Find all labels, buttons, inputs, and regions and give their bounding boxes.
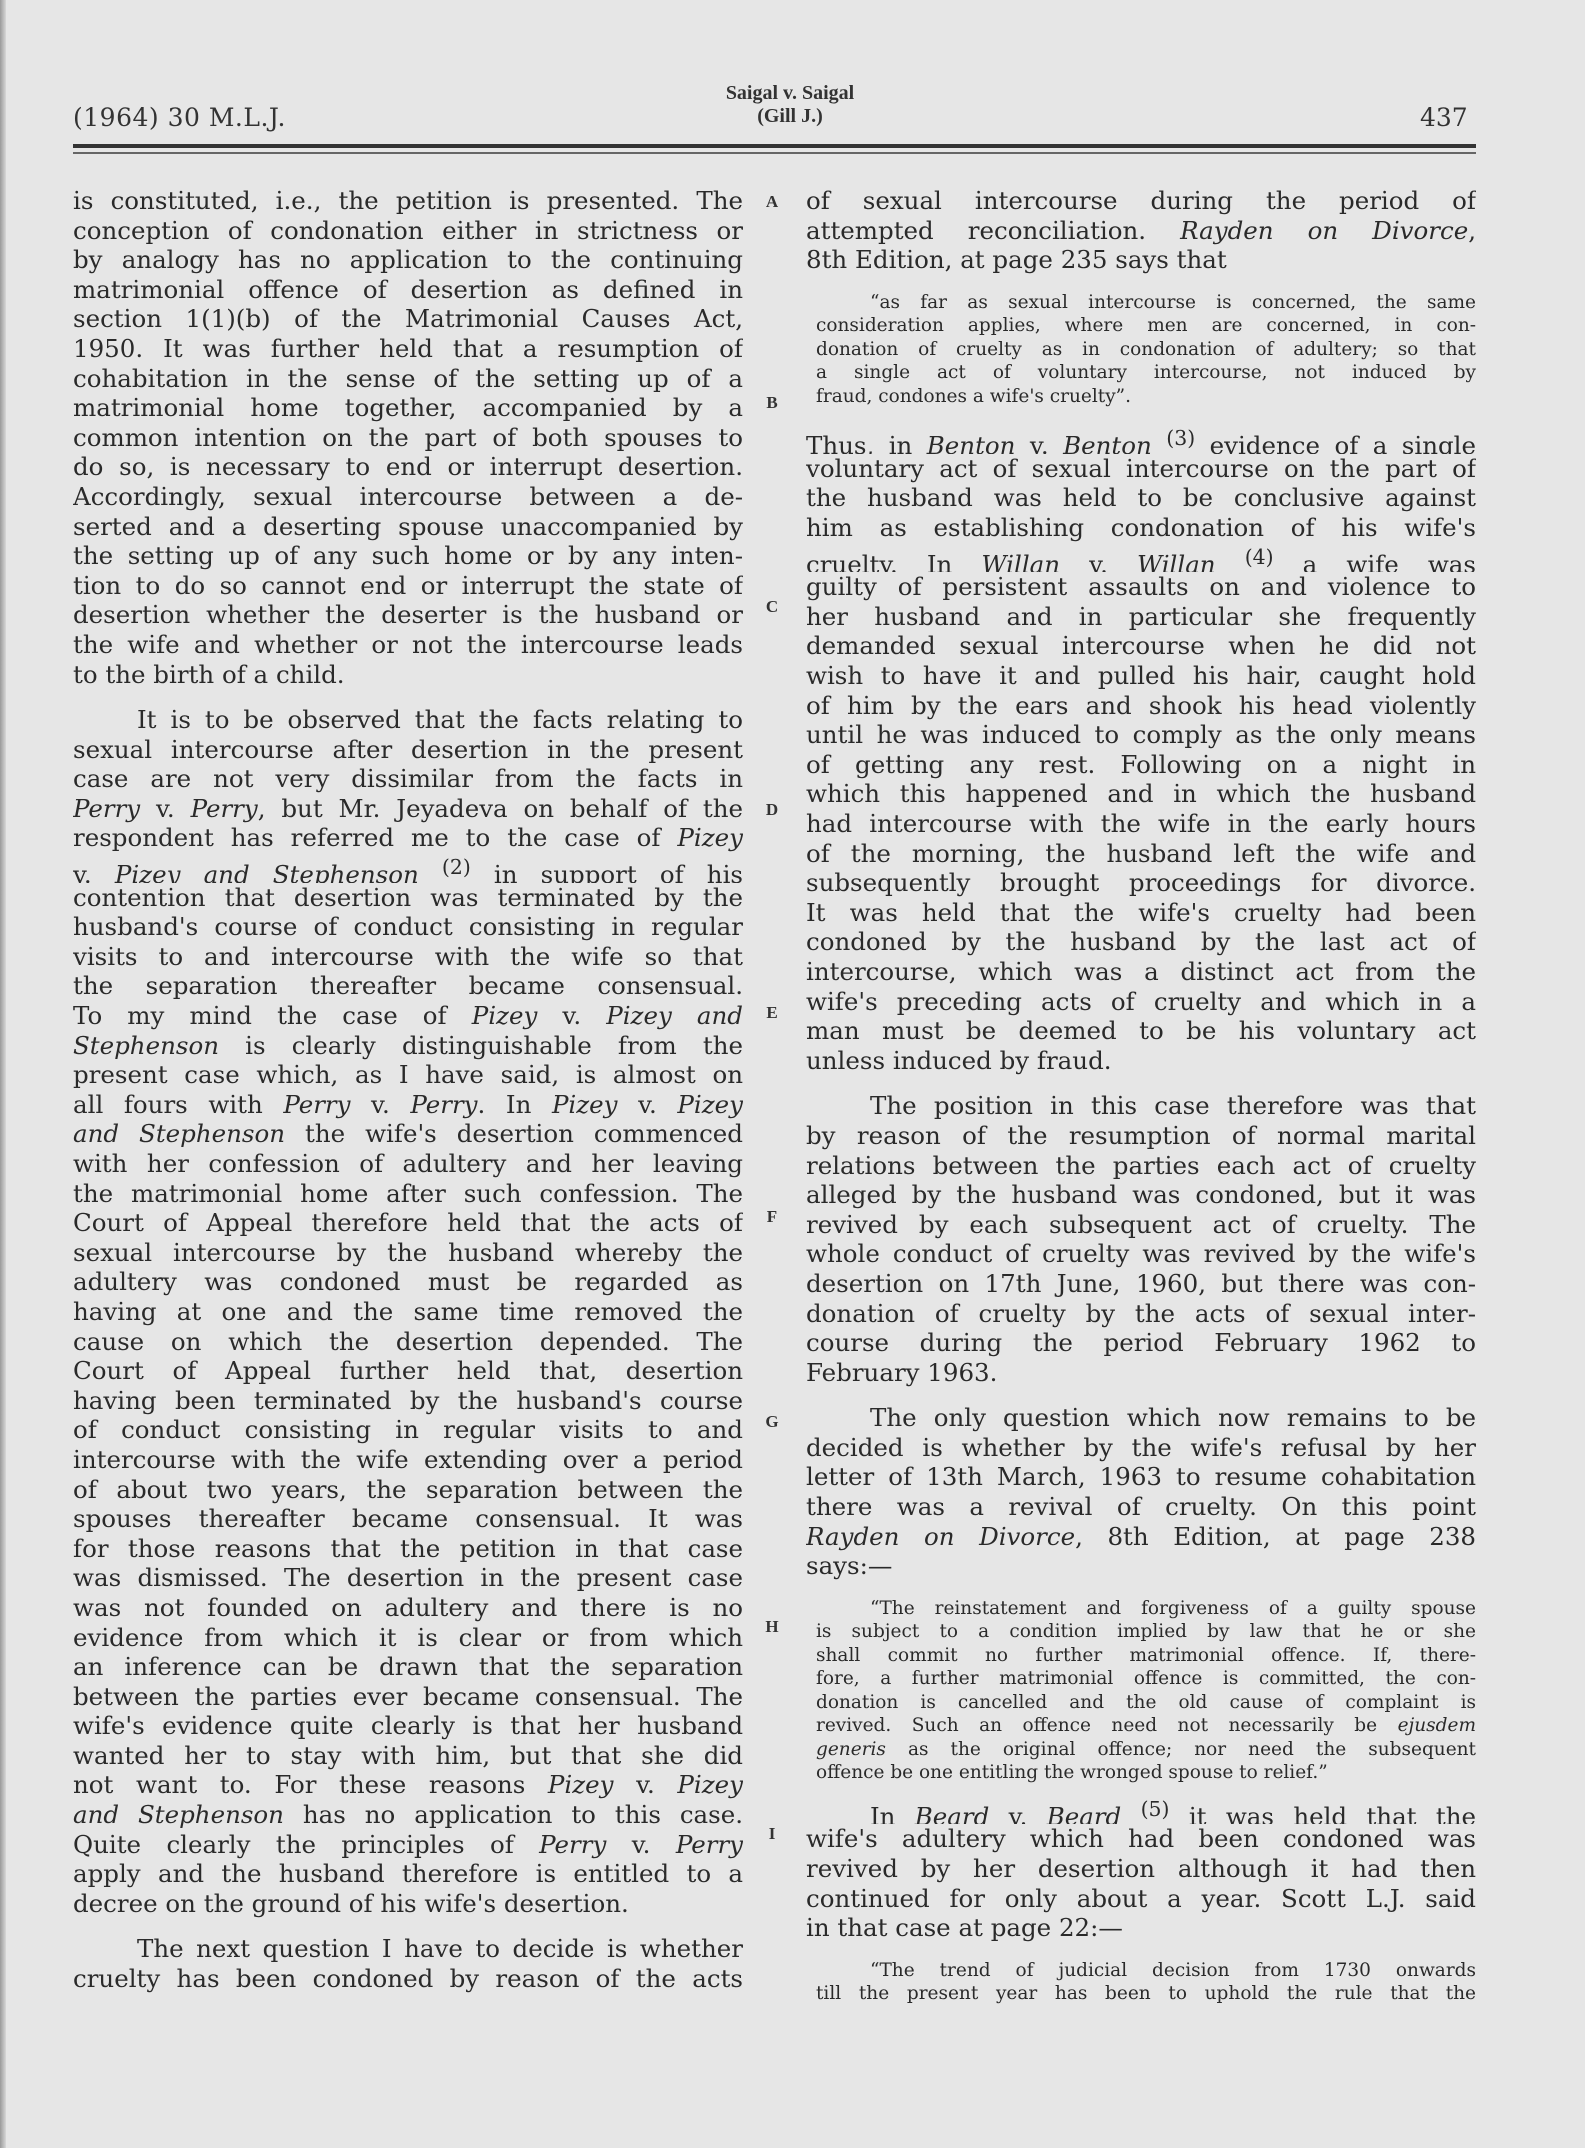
case-title-block: Saigal v. Saigal (Gill J.) <box>640 82 940 128</box>
text-line: by reason of the resumption of normal ma… <box>806 1121 1476 1151</box>
text-line: is constituted, i.e., the petition is pr… <box>73 186 743 216</box>
text-line: not want to. For these reasons Pizey v. … <box>73 1770 743 1800</box>
quote-line: consideration applies, where men are con… <box>806 314 1476 338</box>
block-quote: “The reinstatement and forgiveness of a … <box>806 1597 1476 1785</box>
text-line: letter of 13th March, 1963 to resume coh… <box>806 1462 1476 1492</box>
text-line: Court of Appeal further held that, deser… <box>73 1356 743 1386</box>
text-line: common intention on the part of both spo… <box>73 423 743 453</box>
quote-line: “The trend of judicial decision from 173… <box>806 1959 1476 1983</box>
text-line: respondent has referred me to the case o… <box>73 823 743 853</box>
paragraph-gap <box>806 1387 1476 1403</box>
quote-line: donation of cruelty as in condonation of… <box>806 338 1476 362</box>
left-column: is constituted, i.e., the petition is pr… <box>73 186 743 1994</box>
text-line: with her confession of adultery and her … <box>73 1149 743 1179</box>
text-line: Rayden on Divorce, 8th Edition, at page … <box>806 1522 1476 1552</box>
text-line: cruelty. In Willan v. Willan (4) a wife … <box>806 543 1476 573</box>
text-line: and Stephenson has no application to thi… <box>73 1800 743 1830</box>
text-line: matrimonial offence of desertion as defi… <box>73 275 743 305</box>
text-line: 8th Edition, at page 235 says that <box>806 245 1476 275</box>
paragraph: The next question I have to decide is wh… <box>73 1934 743 1993</box>
page-number: 437 <box>1420 103 1468 132</box>
text-line: The position in this case therefore was … <box>806 1091 1476 1121</box>
quote-line: “The reinstatement and forgiveness of a … <box>806 1597 1476 1621</box>
text-line: her husband and in particular she freque… <box>806 602 1476 632</box>
text-line: to the birth of a child. <box>73 660 743 690</box>
text-line: demanded sexual intercourse when he did … <box>806 631 1476 661</box>
text-line: had intercourse with the wife in the ear… <box>806 809 1476 839</box>
margin-letter-f: F <box>762 1207 782 1227</box>
quote-line: a single act of voluntary intercourse, n… <box>806 361 1476 385</box>
paragraph: The only question which now remains to b… <box>806 1403 1476 1581</box>
margin-letter-d: D <box>762 800 782 820</box>
text-line: decree on the ground of his wife's deser… <box>73 1889 743 1919</box>
text-line: desertion whether the deserter is the hu… <box>73 600 743 630</box>
text-line: unless induced by fraud. <box>806 1046 1476 1076</box>
text-line: and Stephenson the wife's desertion comm… <box>73 1119 743 1149</box>
text-line: It is to be observed that the facts rela… <box>73 705 743 735</box>
paragraph: The position in this case therefore was … <box>806 1091 1476 1387</box>
text-line: wanted her to stay with him, but that sh… <box>73 1741 743 1771</box>
margin-letter-a: A <box>762 192 782 212</box>
quote-line: fraud, condones a wife's cruelty”. <box>806 385 1476 409</box>
text-line: visits to and intercourse with the wife … <box>73 942 743 972</box>
text-line: cohabitation in the sense of the setting… <box>73 364 743 394</box>
text-line: Perry v. Perry, but Mr. Jeyadeva on beha… <box>73 794 743 824</box>
text-line: says:— <box>806 1551 1476 1581</box>
paragraph-gap <box>806 1075 1476 1091</box>
quote-line: till the present year has been to uphold… <box>806 1982 1476 2006</box>
text-line: an inference can be drawn that the separ… <box>73 1652 743 1682</box>
header-rule-thick <box>73 144 1476 148</box>
text-line: donation of cruelty by the acts of sexua… <box>806 1299 1476 1329</box>
page-binding-edge <box>0 0 6 2148</box>
text-line: guilty of persistent assaults on and vio… <box>806 572 1476 602</box>
text-line: was dismissed. The desertion in the pres… <box>73 1563 743 1593</box>
quote-line: offence be one entitling the wronged spo… <box>806 1761 1476 1785</box>
text-line: of getting any rest. Following on a nigh… <box>806 750 1476 780</box>
text-line: until he was induced to comply as the on… <box>806 720 1476 750</box>
text-line: the husband was held to be conclusive ag… <box>806 483 1476 513</box>
margin-letter-b: B <box>762 393 782 413</box>
text-line: which this happened and in which the hus… <box>806 779 1476 809</box>
text-line: revived by her desertion although it had… <box>806 1854 1476 1884</box>
report-citation: (1964) 30 M.L.J. <box>73 103 286 132</box>
right-column: of sexual intercourse during the period … <box>806 186 1476 2006</box>
text-line: contention that desertion was terminated… <box>73 883 743 913</box>
text-line: in that case at page 22:— <box>806 1913 1476 1943</box>
text-line: course during the period February 1962 t… <box>806 1328 1476 1358</box>
text-line: continued for only about a year. Scott L… <box>806 1884 1476 1914</box>
margin-letter-c: C <box>762 597 782 617</box>
margin-letter-e: E <box>762 1003 782 1023</box>
running-header: (1964) 30 M.L.J. Saigal v. Saigal (Gill … <box>0 0 1585 150</box>
text-line: wife's evidence quite clearly is that he… <box>73 1711 743 1741</box>
quote-line: fore, a further matrimonial offence is c… <box>806 1667 1476 1691</box>
text-line: v. Pizey and Stephenson (2) in support o… <box>73 853 743 883</box>
text-line: conception of condonation either in stri… <box>73 216 743 246</box>
text-line: was not founded on adultery and there is… <box>73 1593 743 1623</box>
text-line: between the parties ever became consensu… <box>73 1682 743 1712</box>
quote-line: “as far as sexual intercourse is concern… <box>806 291 1476 315</box>
text-line: of about two years, the separation betwe… <box>73 1475 743 1505</box>
text-line: alleged by the husband was condoned, but… <box>806 1180 1476 1210</box>
text-line: decided is whether by the wife's refusal… <box>806 1433 1476 1463</box>
paragraph-gap <box>806 1581 1476 1597</box>
text-line: cause on which the desertion depended. T… <box>73 1327 743 1357</box>
text-line: cruelty has been condoned by reason of t… <box>73 1964 743 1994</box>
text-line: serted and a deserting spouse unaccompan… <box>73 512 743 542</box>
text-line: of conduct consisting in regular visits … <box>73 1415 743 1445</box>
quote-line: revived. Such an offence need not necess… <box>806 1714 1476 1738</box>
text-line: February 1963. <box>806 1358 1476 1388</box>
paragraph: is constituted, i.e., the petition is pr… <box>73 186 743 689</box>
block-quote: “as far as sexual intercourse is concern… <box>806 291 1476 409</box>
text-line: spouses thereafter became consensual. It… <box>73 1504 743 1534</box>
text-line: Court of Appeal therefore held that the … <box>73 1208 743 1238</box>
text-line: Quite clearly the principles of Perry v.… <box>73 1830 743 1860</box>
paragraph-gap <box>806 275 1476 291</box>
text-line: all fours with Perry v. Perry. In Pizey … <box>73 1090 743 1120</box>
text-line: Stephenson is clearly distinguishable fr… <box>73 1031 743 1061</box>
text-line: subsequently brought proceedings for div… <box>806 868 1476 898</box>
text-line: the matrimonial home after such confessi… <box>73 1179 743 1209</box>
paragraph: Thus, in Benton v. Benton (3) evidence o… <box>806 424 1476 1075</box>
text-line: sexual intercourse after desertion in th… <box>73 735 743 765</box>
text-line: him as establishing condonation of his w… <box>806 513 1476 543</box>
text-line: by analogy has no application to the con… <box>73 245 743 275</box>
paragraph: In Beard v. Beard (5) it was held that t… <box>806 1795 1476 1943</box>
paragraph: It is to be observed that the facts rela… <box>73 705 743 1918</box>
text-line: It was held that the wife's cruelty had … <box>806 898 1476 928</box>
text-line: do so, is necessary to end or interrupt … <box>73 452 743 482</box>
text-line: voluntary act of sexual intercourse on t… <box>806 454 1476 484</box>
paragraph-gap <box>806 1785 1476 1795</box>
text-line: evidence from which it is clear or from … <box>73 1623 743 1653</box>
text-line: matrimonial home together, accompanied b… <box>73 393 743 423</box>
text-line: wish to have it and pulled his hair, cau… <box>806 661 1476 691</box>
paragraph-gap <box>806 1943 1476 1959</box>
text-line: 1950. It was further held that a resumpt… <box>73 334 743 364</box>
text-line: the separation thereafter became consens… <box>73 971 743 1001</box>
text-line: case are not very dissimilar from the fa… <box>73 764 743 794</box>
text-line: whole conduct of cruelty was revived by … <box>806 1239 1476 1269</box>
margin-letter-h: H <box>762 1617 782 1637</box>
text-line: Thus, in Benton v. Benton (3) evidence o… <box>806 424 1476 454</box>
text-line: apply and the husband therefore is entit… <box>73 1859 743 1889</box>
text-line: attempted reconciliation. Rayden on Divo… <box>806 216 1476 246</box>
paragraph-gap <box>806 408 1476 424</box>
text-line: desertion on 17th June, 1960, but there … <box>806 1269 1476 1299</box>
text-line: relations between the parties each act o… <box>806 1151 1476 1181</box>
text-line: sexual intercourse by the husband whereb… <box>73 1238 743 1268</box>
margin-letter-i: I <box>762 1824 782 1844</box>
text-line: for those reasons that the petition in t… <box>73 1534 743 1564</box>
text-line: of him by the ears and shook his head vi… <box>806 691 1476 721</box>
text-line: condoned by the husband by the last act … <box>806 927 1476 957</box>
quote-line: shall commit no further matrimonial offe… <box>806 1644 1476 1668</box>
paragraph-gap <box>73 1918 743 1934</box>
text-line: of the morning, the husband left the wif… <box>806 839 1476 869</box>
text-line: the wife and whether or not the intercou… <box>73 630 743 660</box>
text-line: Accordingly, sexual intercourse between … <box>73 482 743 512</box>
text-line: The only question which now remains to b… <box>806 1403 1476 1433</box>
text-line: intercourse, which was a distinct act fr… <box>806 957 1476 987</box>
text-line: present case which, as I have said, is a… <box>73 1060 743 1090</box>
text-line: adultery was condoned must be regarded a… <box>73 1267 743 1297</box>
header-rule-thin <box>73 152 1476 154</box>
text-line: wife's adultery which had been condoned … <box>806 1824 1476 1854</box>
text-line: tion to do so cannot end or interrupt th… <box>73 571 743 601</box>
text-line: the setting up of any such home or by an… <box>73 541 743 571</box>
quote-line: donation is cancelled and the old cause … <box>806 1691 1476 1715</box>
text-line: of sexual intercourse during the period … <box>806 186 1476 216</box>
quote-line: generis as the original offence; nor nee… <box>806 1738 1476 1762</box>
text-line: there was a revival of cruelty. On this … <box>806 1492 1476 1522</box>
text-line: revived by each subsequent act of cruelt… <box>806 1210 1476 1240</box>
text-line: intercourse with the wife extending over… <box>73 1445 743 1475</box>
text-line: having been terminated by the husband's … <box>73 1386 743 1416</box>
text-line: man must be deemed to be his voluntary a… <box>806 1016 1476 1046</box>
quote-line: is subject to a condition implied by law… <box>806 1620 1476 1644</box>
text-line: In Beard v. Beard (5) it was held that t… <box>806 1795 1476 1825</box>
margin-letter-g: G <box>762 1412 782 1432</box>
text-line: section 1(1)(b) of the Matrimonial Cause… <box>73 304 743 334</box>
text-line: husband's course of conduct consisting i… <box>73 912 743 942</box>
text-line: wife's preceding acts of cruelty and whi… <box>806 987 1476 1017</box>
block-quote: “The trend of judicial decision from 173… <box>806 1959 1476 2006</box>
judge-name: (Gill J.) <box>640 105 940 128</box>
text-line: The next question I have to decide is wh… <box>73 1934 743 1964</box>
text-line: To my mind the case of Pizey v. Pizey an… <box>73 1001 743 1031</box>
paragraph: of sexual intercourse during the period … <box>806 186 1476 275</box>
case-title: Saigal v. Saigal <box>640 82 940 105</box>
paragraph-gap <box>73 689 743 705</box>
text-line: having at one and the same time removed … <box>73 1297 743 1327</box>
